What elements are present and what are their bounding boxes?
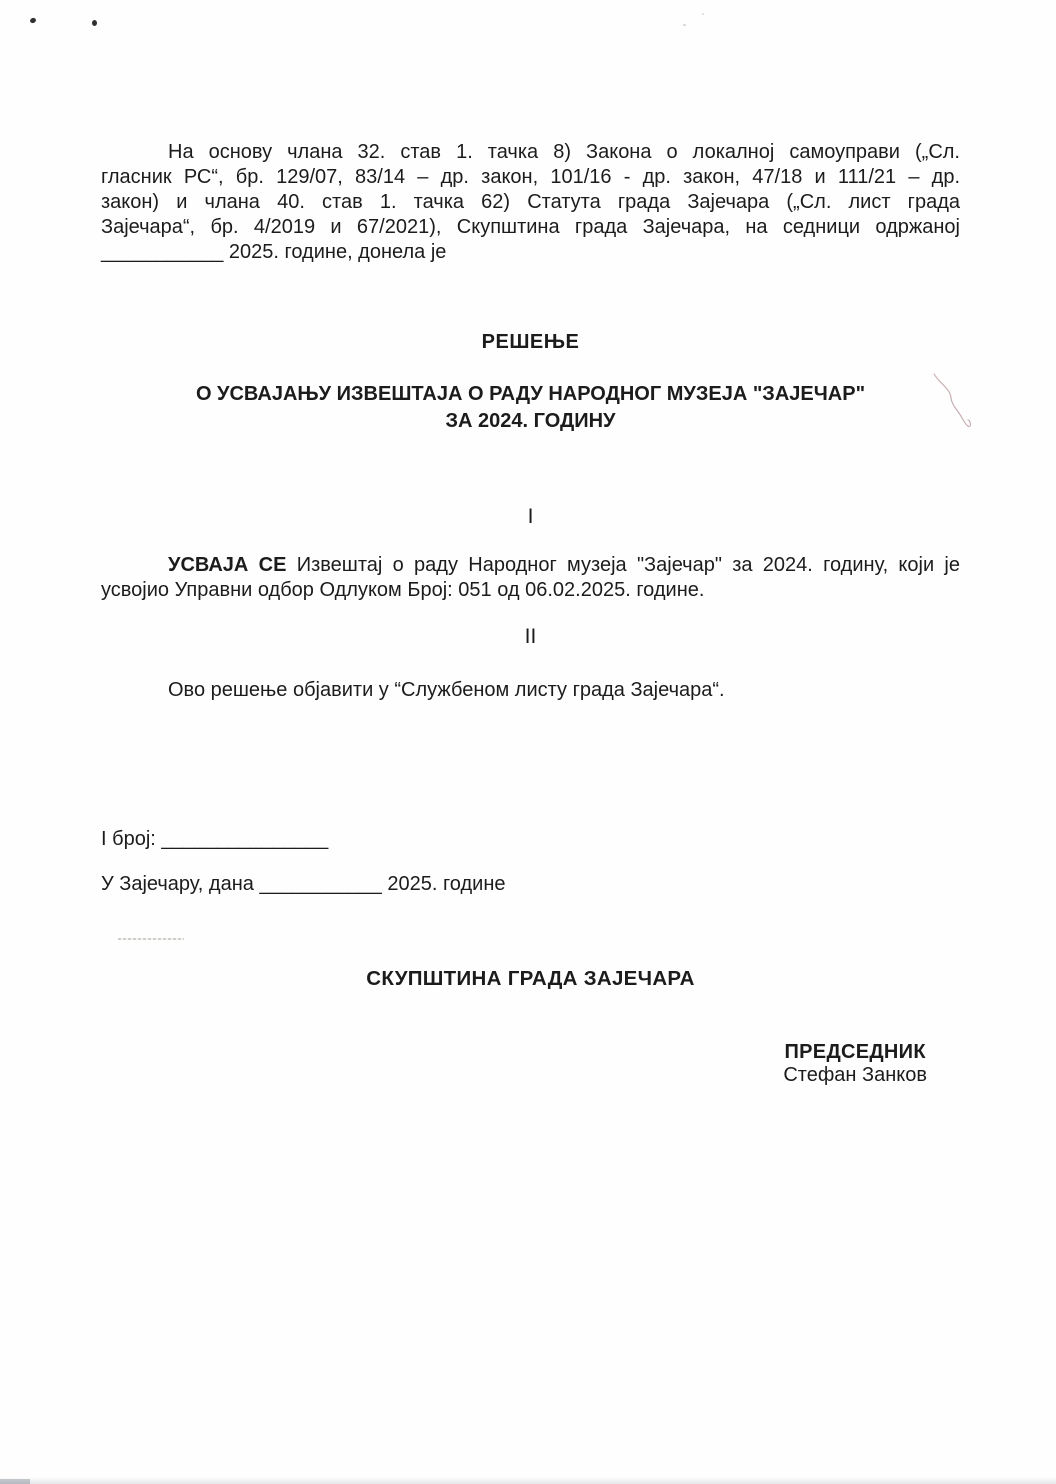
article-1: УСВАЈА СЕ Извештај о раду Народног музеј… [101,553,960,603]
section-numeral-2: II [101,624,960,649]
document-title: РЕШЕЊЕ [101,330,960,355]
place-date-line: У Зајечару, дана ___________ 2025. годин… [101,872,960,897]
subtitle-line-1: О УСВАЈАЊУ ИЗВЕШТАЈА О РАДУ НАРОДНОГ МУЗ… [101,381,960,408]
case-number-line: I број: _______________ [101,827,960,852]
preamble-line-5-date-blank: ___________ 2025. године, донела је [101,240,960,265]
subtitle-line-2: ЗА 2024. ГОДИНУ [101,408,960,435]
scan-edge-smudge [0,1479,30,1484]
scan-noise-speck [683,24,686,26]
preamble-line-3: закон) и члана 40. став 1. тачка 62) Ста… [101,190,960,215]
article-1-line-2: усвојио Управни одбор Одлуком Број: 051 … [101,578,960,603]
document-subtitle: О УСВАЈАЊУ ИЗВЕШТАЈА О РАДУ НАРОДНОГ МУЗ… [101,381,960,435]
signature-title: ПРЕДСЕДНИК [783,1041,927,1063]
pen-squiggle-mark [928,370,980,434]
legal-preamble: На основу члана 32. став 1. тачка 8) Зак… [101,140,960,265]
preamble-line-1: На основу члана 32. став 1. тачка 8) Зак… [101,140,960,165]
signature-name: Стефан Занков [783,1064,927,1086]
article-1-line-1-rest: Извештај о раду Народног музеја "Зајечар… [286,554,960,576]
decision-lead-text: УСВАЈА СЕ [168,554,286,576]
ink-speck [29,17,36,24]
scan-edge-smudge [0,1477,1056,1484]
scanned-document-page: На основу члана 32. став 1. тачка 8) Зак… [0,0,1056,1484]
faded-mark [118,938,184,940]
article-1-line-1: УСВАЈА СЕ Извештај о раду Народног музеј… [101,553,960,578]
scan-noise-speck [702,13,704,15]
preamble-line-2: гласник РС“, бр. 129/07, 83/14 – др. зак… [101,165,960,190]
assembly-name: СКУПШТИНА ГРАДА ЗАЈЕЧАРА [101,966,960,991]
ink-speck [92,20,97,26]
preamble-line-4: Зајечара“, бр. 4/2019 и 67/2021), Скупшт… [101,215,960,240]
article-2: Ово решење објавити у “Службеном листу г… [101,678,960,703]
signature-block: ПРЕДСЕДНИК Стефан Занков [783,1041,927,1086]
section-numeral-1: I [101,504,960,529]
